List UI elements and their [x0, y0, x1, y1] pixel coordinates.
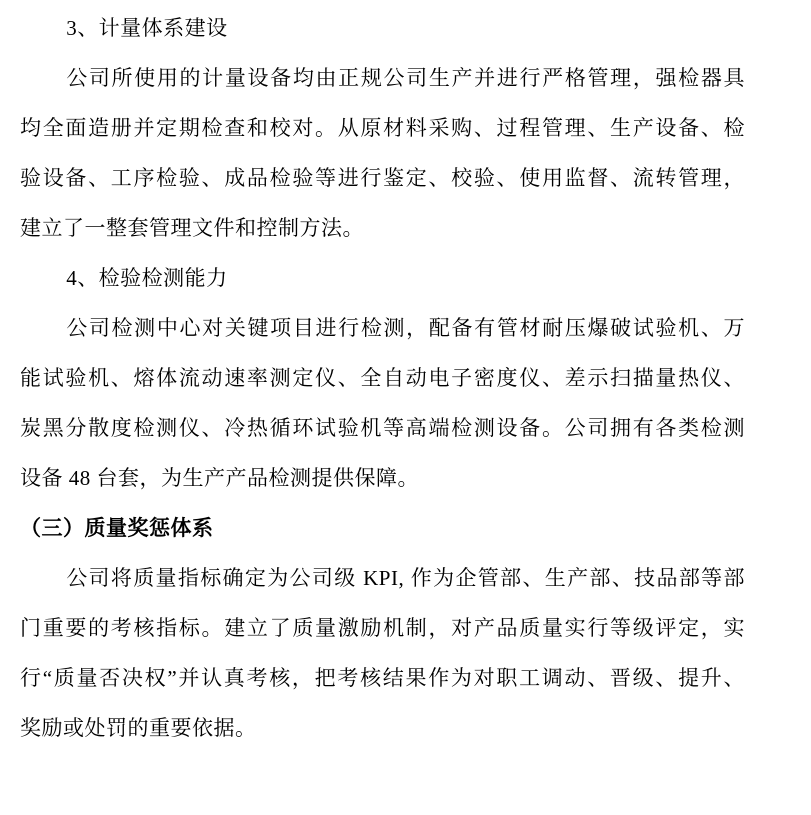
paragraph-line: 能试验机、熔体流动速率测定仪、全自动电子密度仪、差示扫描量热仪、: [20, 353, 745, 403]
paragraph-line: 公司所使用的计量设备均由正规公司生产并进行严格管理，强检器具: [20, 53, 745, 103]
section-heading-metrology: 3、计量体系建设: [20, 3, 745, 53]
document-page: 3、计量体系建设 公司所使用的计量设备均由正规公司生产并进行严格管理，强检器具 …: [0, 0, 811, 815]
paragraph-line: 门重要的考核指标。建立了质量激励机制，对产品质量实行等级评定，实: [20, 603, 745, 653]
paragraph-line: 炭黑分散度检测仪、冷热循环试验机等高端检测设备。公司拥有各类检测: [20, 403, 745, 453]
section-heading-reward-punishment: （三）质量奖惩体系: [20, 503, 745, 553]
paragraph-line: 公司将质量指标确定为公司级 KPI, 作为企管部、生产部、技品部等部: [20, 553, 745, 603]
paragraph-line: 建立了一整套管理文件和控制方法。: [20, 203, 745, 253]
section-heading-inspection: 4、检验检测能力: [20, 253, 745, 303]
paragraph-line: 公司检测中心对关键项目进行检测，配备有管材耐压爆破试验机、万: [20, 303, 745, 353]
paragraph-line: 行“质量否决权”并认真考核，把考核结果作为对职工调动、晋级、提升、: [20, 653, 745, 703]
paragraph-line: 均全面造册并定期检查和校对。从原材料采购、过程管理、生产设备、检: [20, 103, 745, 153]
paragraph-line: 设备 48 台套，为生产产品检测提供保障。: [20, 453, 745, 503]
paragraph-line: 验设备、工序检验、成品检验等进行鉴定、校验、使用监督、流转管理，: [20, 153, 745, 203]
paragraph-line: 奖励或处罚的重要依据。: [20, 703, 745, 753]
